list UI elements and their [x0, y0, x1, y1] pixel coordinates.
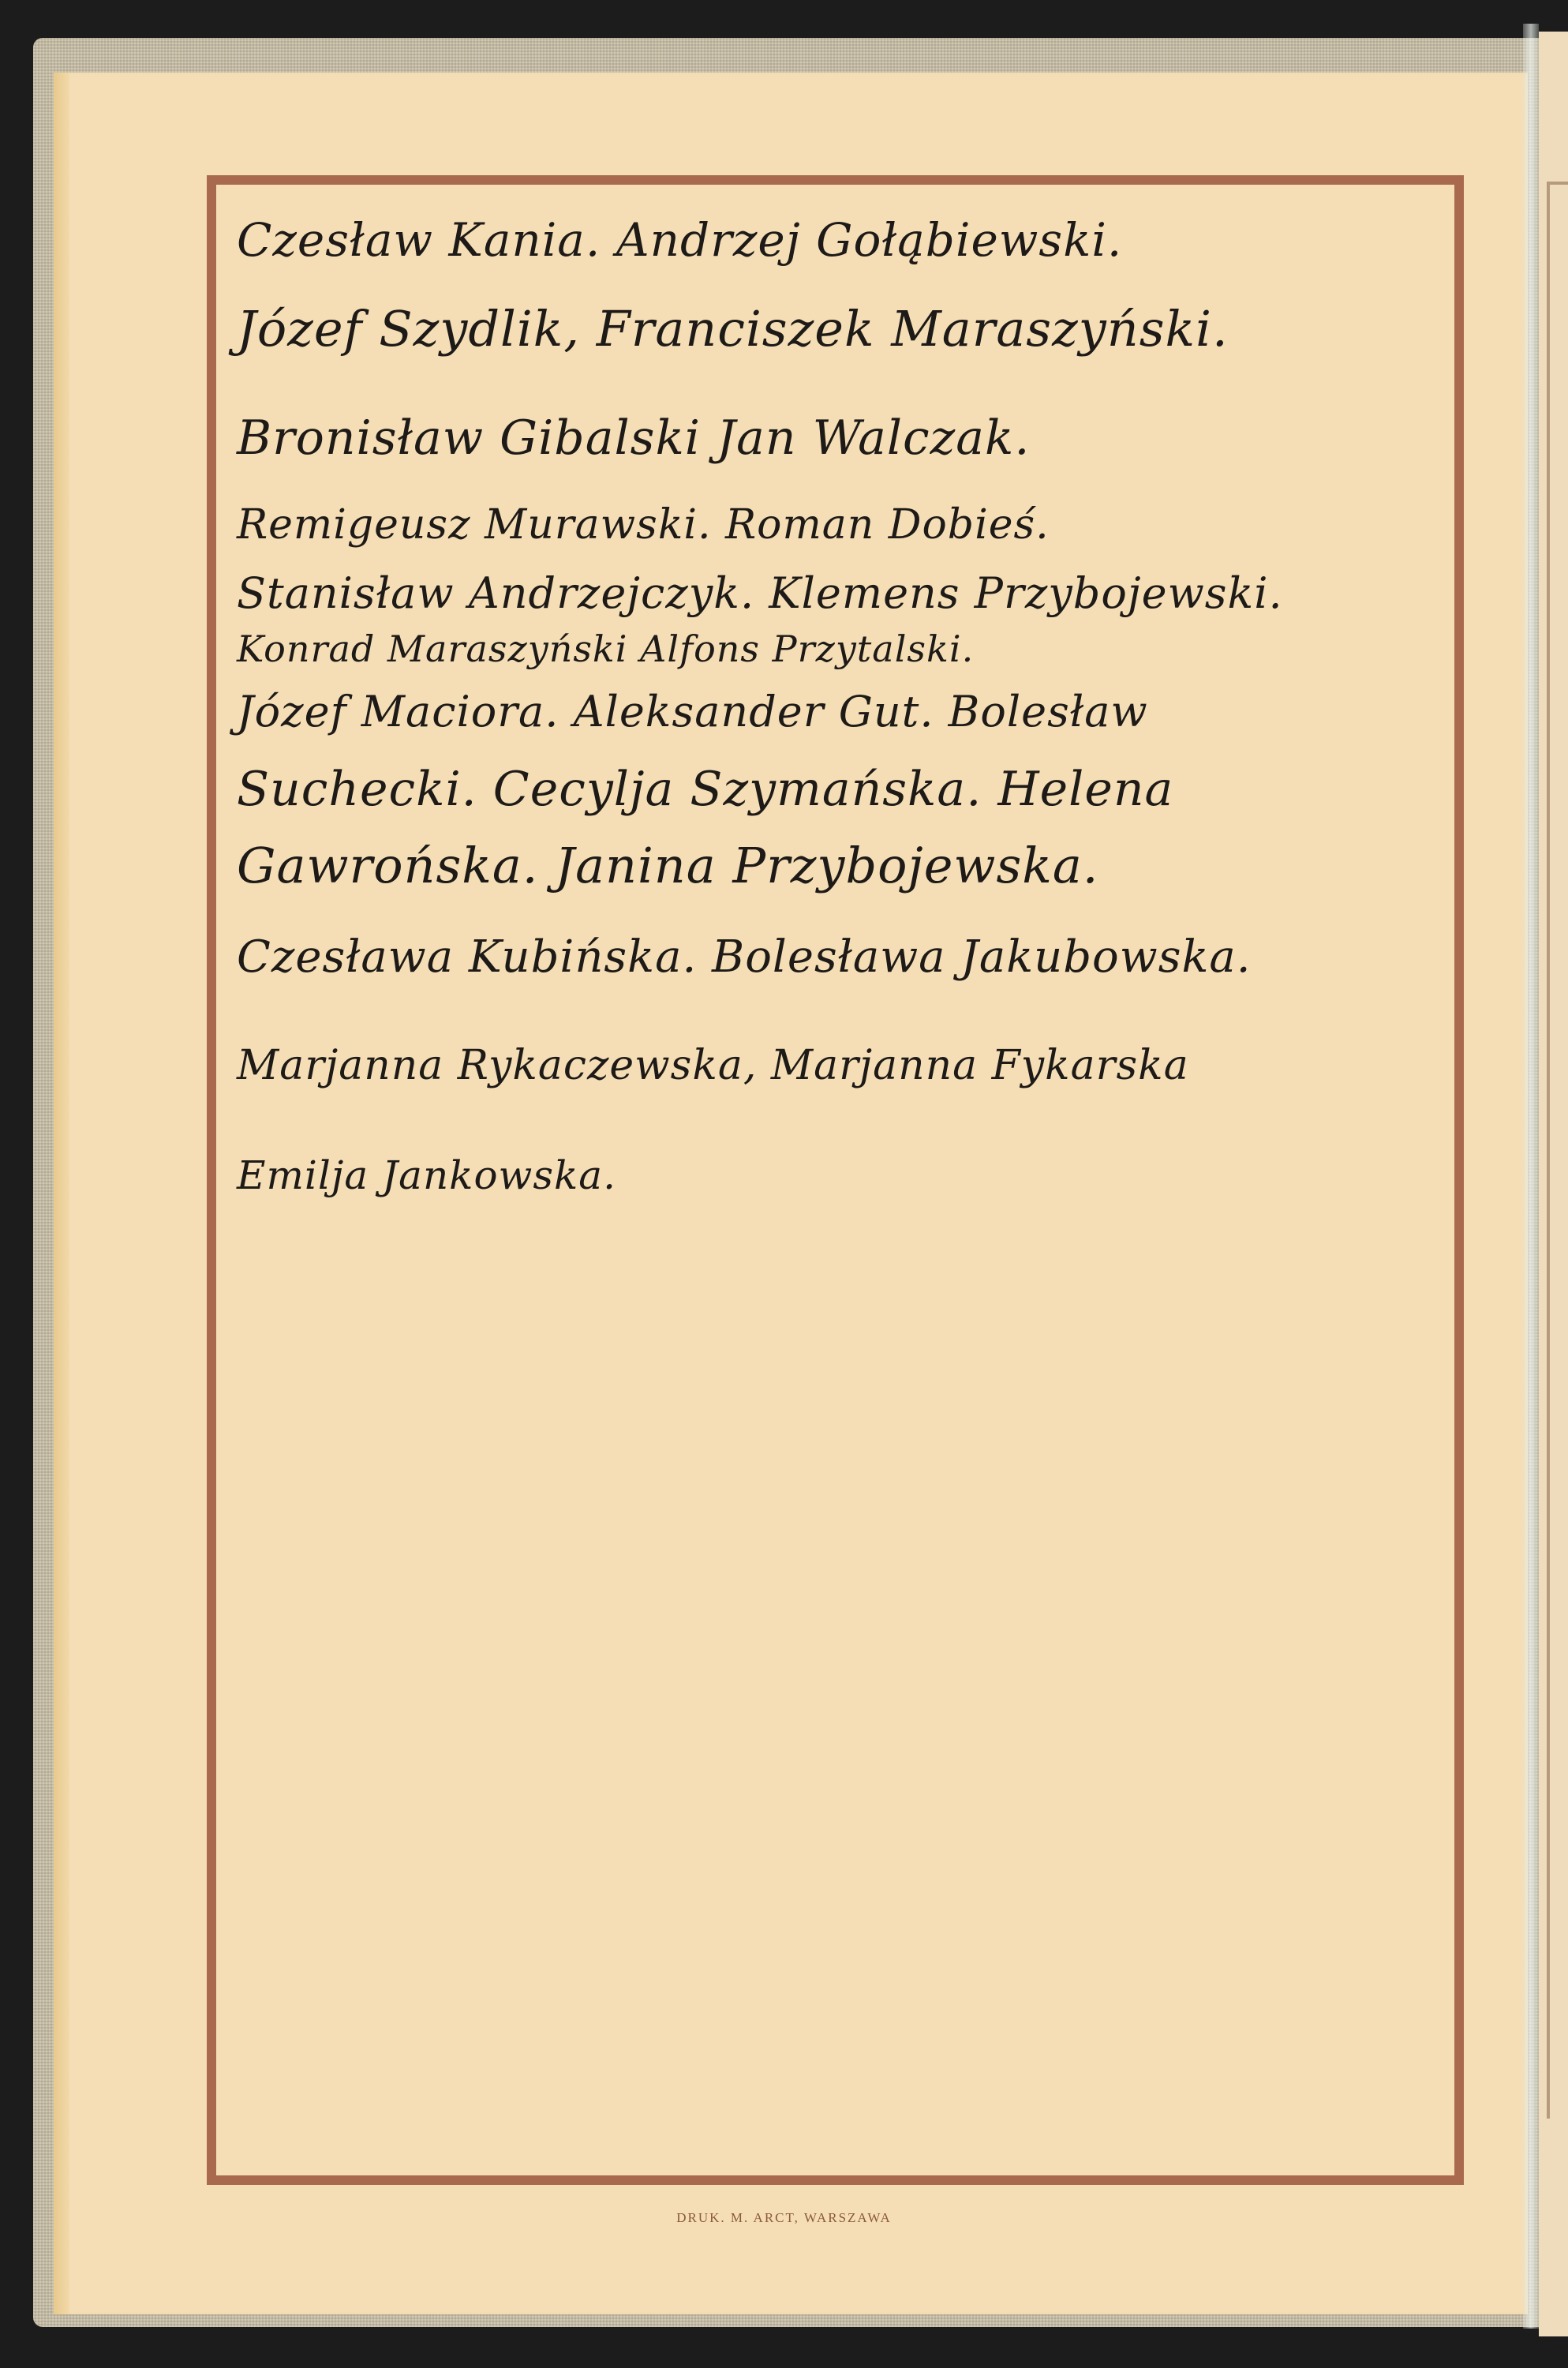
signature-line: Remigeusz Murawski. Roman Dobieś. — [237, 501, 1050, 549]
signature-line: Czesław Kania. Andrzej Gołąbiewski. — [237, 213, 1122, 267]
adjacent-page-ornament — [1547, 182, 1568, 2119]
signature-line: Gawrońska. Janina Przybojewska. — [237, 837, 1099, 894]
signature-line: Józef Szydlik, Franciszek Maraszyński. — [237, 300, 1229, 358]
signature-line: Czesława Kubińska. Bolesława Jakubowska. — [237, 931, 1252, 983]
signature-line: Konrad Maraszyński Alfons Przytalski. — [237, 628, 974, 670]
signature-line: Stanisław Andrzejczyk. Klemens Przybojew… — [237, 568, 1283, 618]
signature-line: Bronisław Gibalski Jan Walczak. — [237, 410, 1030, 466]
binding-gutter — [1523, 24, 1539, 2329]
signature-line: Suchecki. Cecylja Szymańska. Helena — [237, 762, 1173, 817]
page-edge — [54, 73, 69, 2314]
signature-line: Józef Maciora. Aleksander Gut. Bolesław — [237, 687, 1148, 736]
signature-line: Marjanna Rykaczewska, Marjanna Fykarska — [237, 1042, 1189, 1089]
signature-line: Emilja Jankowska. — [237, 1152, 616, 1198]
printer-imprint: DRUK. M. ARCT, WARSZAWA — [0, 2210, 1568, 2226]
